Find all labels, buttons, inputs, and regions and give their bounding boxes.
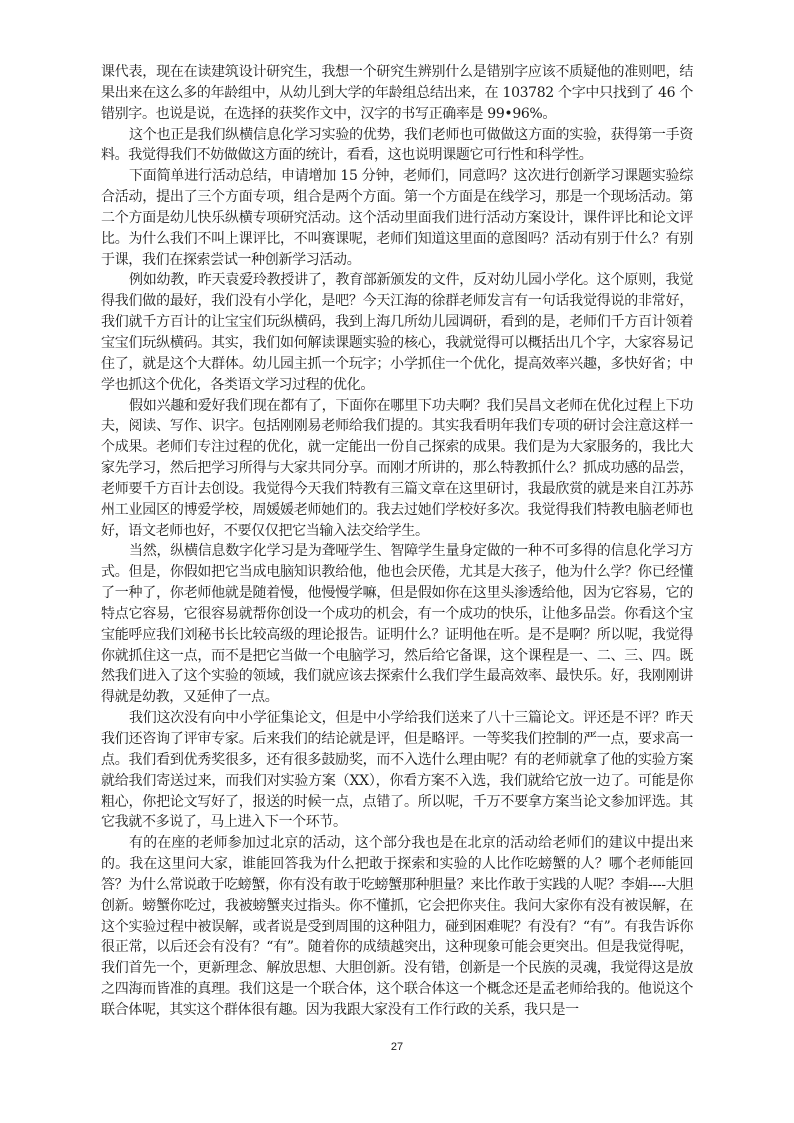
body-text: 课代表，现在在读建筑设计研究生，我想一个研究生辨别什么是错别字应该不质疑他的准则… xyxy=(101,62,693,1021)
page-number: 27 xyxy=(0,1041,794,1053)
paragraph-8: 有的在座的老师参加过北京的活动，这个部分我也是在北京的活动给老师们的建议中提出来… xyxy=(101,833,693,1021)
paragraph-1: 课代表，现在在读建筑设计研究生，我想一个研究生辨别什么是错别字应该不质疑他的准则… xyxy=(101,62,693,125)
paragraph-3: 下面简单进行活动总结，申请增加 15 分钟，老师们，同意吗？这次进行创新学习课题… xyxy=(101,166,693,270)
paragraph-6: 当然，纵横信息数字化学习是为聋哑学生、智障学生量身定做的一种不可多得的信息化学习… xyxy=(101,541,693,708)
paragraph-7: 我们这次没有向中小学征集论文，但是中小学给我们送来了八十三篇论文。评还是不评？昨… xyxy=(101,708,693,833)
paragraph-4: 例如幼教，昨天袁爱玲教授讲了，教育部新颁发的文件，反对幼儿园小学化。这个原则，我… xyxy=(101,270,693,395)
paragraph-2: 这个也正是我们纵横信息化学习实验的优势，我们老师也可做做这方面的实验，获得第一手… xyxy=(101,125,693,167)
document-page: 课代表，现在在读建筑设计研究生，我想一个研究生辨别什么是错别字应该不质疑他的准则… xyxy=(0,0,794,1123)
paragraph-5: 假如兴趣和爱好我们现在都有了，下面你在哪里下功夫啊？我们吴昌文老师在优化过程上下… xyxy=(101,396,693,542)
